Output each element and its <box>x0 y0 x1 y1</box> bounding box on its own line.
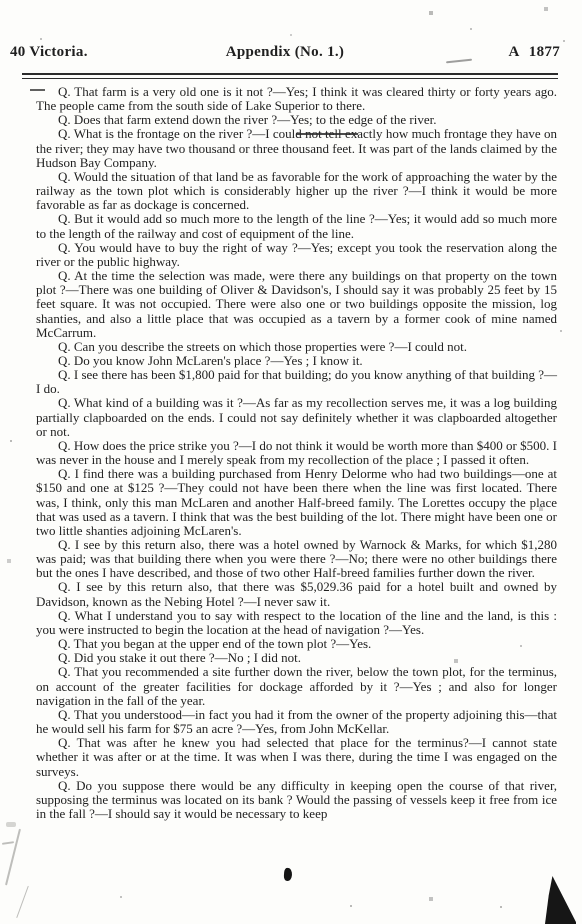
margin-scribble <box>6 822 16 827</box>
qa-paragraph: Q. Would the situation of that land be a… <box>36 170 557 212</box>
header-volume: 40 Victoria. <box>10 44 172 61</box>
qa-paragraph: Q. Did you stake it out there ?—No ; I d… <box>36 651 557 665</box>
qa-paragraph: Q. That was after he knew you had select… <box>36 736 557 778</box>
qa-paragraph: Q. How does the price strike you ?—I do … <box>36 439 557 467</box>
qa-paragraph: Q. That farm is a very old one is it not… <box>36 85 557 113</box>
header-title: Appendix (No. 1.) <box>172 44 398 61</box>
qa-paragraph: Q. What kind of a building was it ?—As f… <box>36 396 557 438</box>
qa-paragraph: Q. What I understand you to say with res… <box>36 609 557 637</box>
qa-paragraph: Q. That you recommended a site further d… <box>36 665 557 707</box>
header-double-rule <box>22 73 558 79</box>
qa-paragraph: Q. Does that farm extend down the river … <box>36 113 557 127</box>
qa-paragraph: Q. But it would add so much more to the … <box>36 212 557 240</box>
qa-paragraph: Q. Do you know John McLaren's place ?—Ye… <box>36 354 557 368</box>
qa-paragraph: Q. I see by this return also, that there… <box>36 580 557 608</box>
ink-blot-artifact <box>284 868 293 882</box>
qa-paragraph: Q. That you understood—in fact you had i… <box>36 708 557 736</box>
margin-scribble <box>2 841 14 845</box>
margin-dash-artifact <box>30 89 45 91</box>
header-year: A 1877 <box>398 44 560 61</box>
margin-scribble <box>5 829 21 886</box>
qa-paragraph: Q. That you began at the upper end of th… <box>36 637 557 651</box>
qa-paragraph: Q. I find there was a building purchased… <box>36 467 557 538</box>
page-corner-fold <box>545 876 576 924</box>
qa-paragraphs: Q. That farm is a very old one is it not… <box>36 85 557 821</box>
qa-paragraph: Q. You would have to buy the right of wa… <box>36 241 557 269</box>
qa-paragraph: Q. Do you suppose there would be any dif… <box>36 779 557 821</box>
margin-scribble <box>16 886 29 918</box>
qa-paragraph: Q. I see there has been $1,800 paid for … <box>36 368 557 396</box>
page-header: 40 Victoria. Appendix (No. 1.) A 1877 <box>10 44 560 61</box>
qa-paragraph: Q. At the time the selection was made, w… <box>36 269 557 340</box>
scanned-document-page: 40 Victoria. Appendix (No. 1.) A 1877 Q.… <box>0 0 582 924</box>
scan-specks <box>0 0 2 2</box>
qa-paragraph: Q. Can you describe the streets on which… <box>36 340 557 354</box>
qa-paragraph: Q. I see by this return also, there was … <box>36 538 557 580</box>
underline-artifact <box>296 133 358 135</box>
